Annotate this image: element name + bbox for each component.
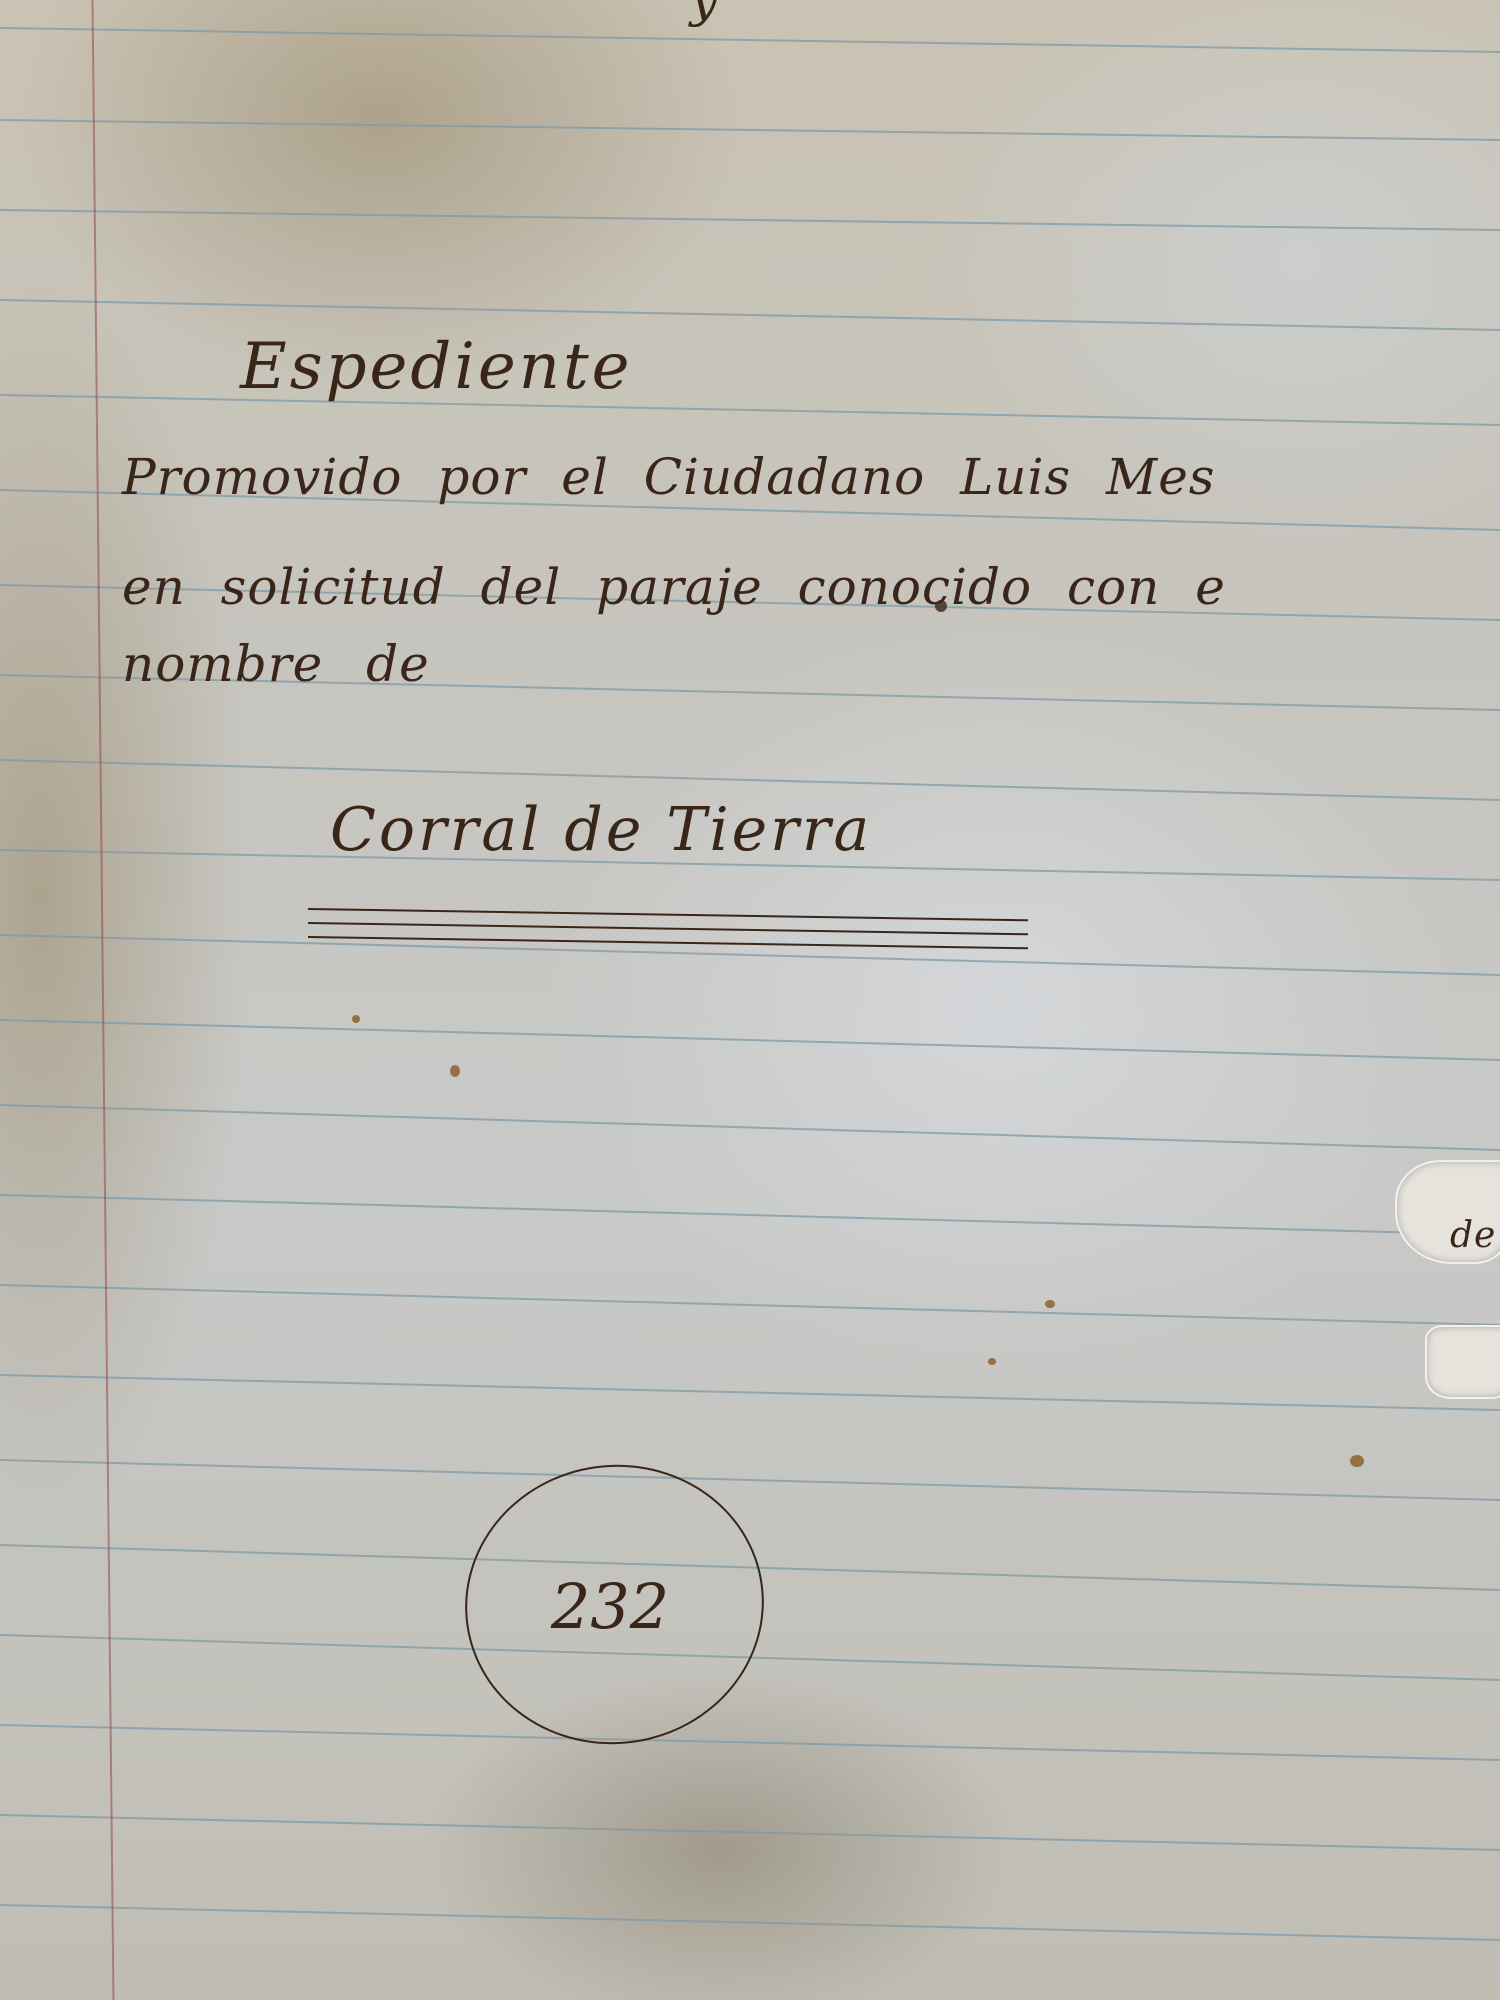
ink-spot bbox=[1350, 1455, 1364, 1467]
decorative-underline-1 bbox=[308, 908, 1028, 921]
top-text-fragment: y bbox=[690, 0, 719, 28]
body-line-2: en solicitud del paraje conocido con e bbox=[122, 558, 1226, 616]
ink-blot bbox=[935, 600, 947, 612]
ink-spot bbox=[450, 1065, 460, 1077]
ink-spot bbox=[1045, 1300, 1055, 1308]
file-number: 232 bbox=[490, 1570, 730, 1643]
margin-line bbox=[92, 0, 115, 2000]
body-line-1: Promovido por el Ciudadano Luis Mes bbox=[122, 448, 1215, 506]
decorative-underline-2 bbox=[308, 922, 1028, 935]
torn-text-fragment: de bbox=[1450, 1215, 1496, 1256]
ink-spot bbox=[352, 1015, 360, 1023]
paper-tear-lower bbox=[1425, 1325, 1500, 1399]
document-title: Espediente bbox=[240, 330, 633, 404]
paper-sheet: y Espediente Promovido por el Ciudadano … bbox=[0, 0, 1500, 2000]
ruled-lines bbox=[0, 0, 1500, 2000]
place-name: Corral de Tierra bbox=[330, 795, 872, 865]
body-line-3: nombre de bbox=[122, 635, 430, 693]
ink-spot bbox=[988, 1358, 996, 1365]
decorative-underline-3 bbox=[308, 936, 1028, 949]
